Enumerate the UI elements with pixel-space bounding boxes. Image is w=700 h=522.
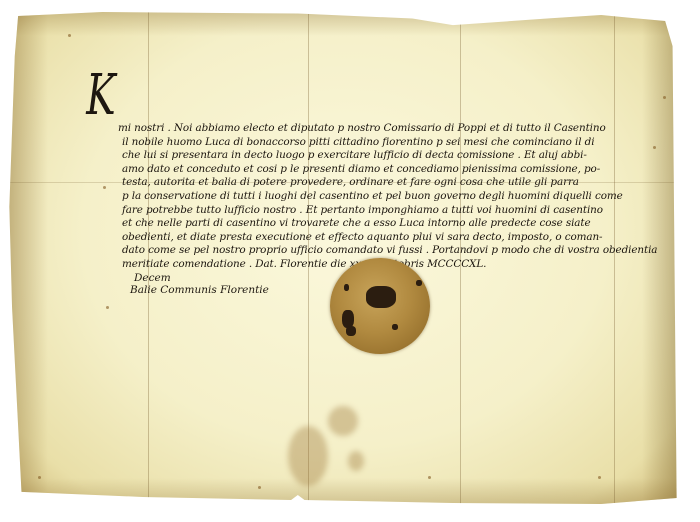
speck [68,34,71,37]
body-line: testa, autorita et balia di potere prove… [122,176,618,190]
parchment-edge-top [8,6,682,36]
parchment-edge-bottom [8,478,682,508]
body-line: il nobile huomo Luca di bonaccorso pitti… [122,136,618,150]
parchment-edge-right [642,6,682,508]
stain [348,451,364,471]
seal-chip [416,280,422,286]
seal-chip [366,286,396,308]
speck [106,306,109,309]
speck [653,146,656,149]
signature-line-1: Decem [134,272,269,284]
speck [428,476,431,479]
body-line: mi nostri . Noi abbiamo electo et diputa… [118,122,618,136]
speck [38,476,41,479]
letter-body: mi nostri . Noi abbiamo electo et diputa… [118,122,618,272]
body-line: dato come se pel nostro proprio ufficio … [122,244,618,258]
stain [328,406,358,436]
body-line: obedienti, et diate presta executione et… [122,231,618,245]
speck [663,96,666,99]
body-line: fare potrebbe tutto lufficio nostro . Et… [122,204,618,218]
seal-chip [344,284,349,291]
speck [598,476,601,479]
body-line: che lui si presentara in decto luogo p e… [122,149,618,163]
wax-seal [330,258,430,354]
speck [258,486,261,489]
body-line: et che nelle parti di casentino vi trova… [122,217,618,231]
signature: Decem Balie Communis Florentie [118,272,269,296]
illuminated-initial: K [86,68,115,124]
stain [288,426,328,486]
signature-line-2: Balie Communis Florentie [130,284,269,296]
body-line: amo dato et conceduto et cosi p le prese… [122,163,618,177]
seal-chip [346,326,356,336]
body-line: p la conservatione di tutti i luoghi del… [122,190,618,204]
seal-chip [392,324,398,330]
speck [103,186,106,189]
parchment-edge-left [8,6,48,508]
